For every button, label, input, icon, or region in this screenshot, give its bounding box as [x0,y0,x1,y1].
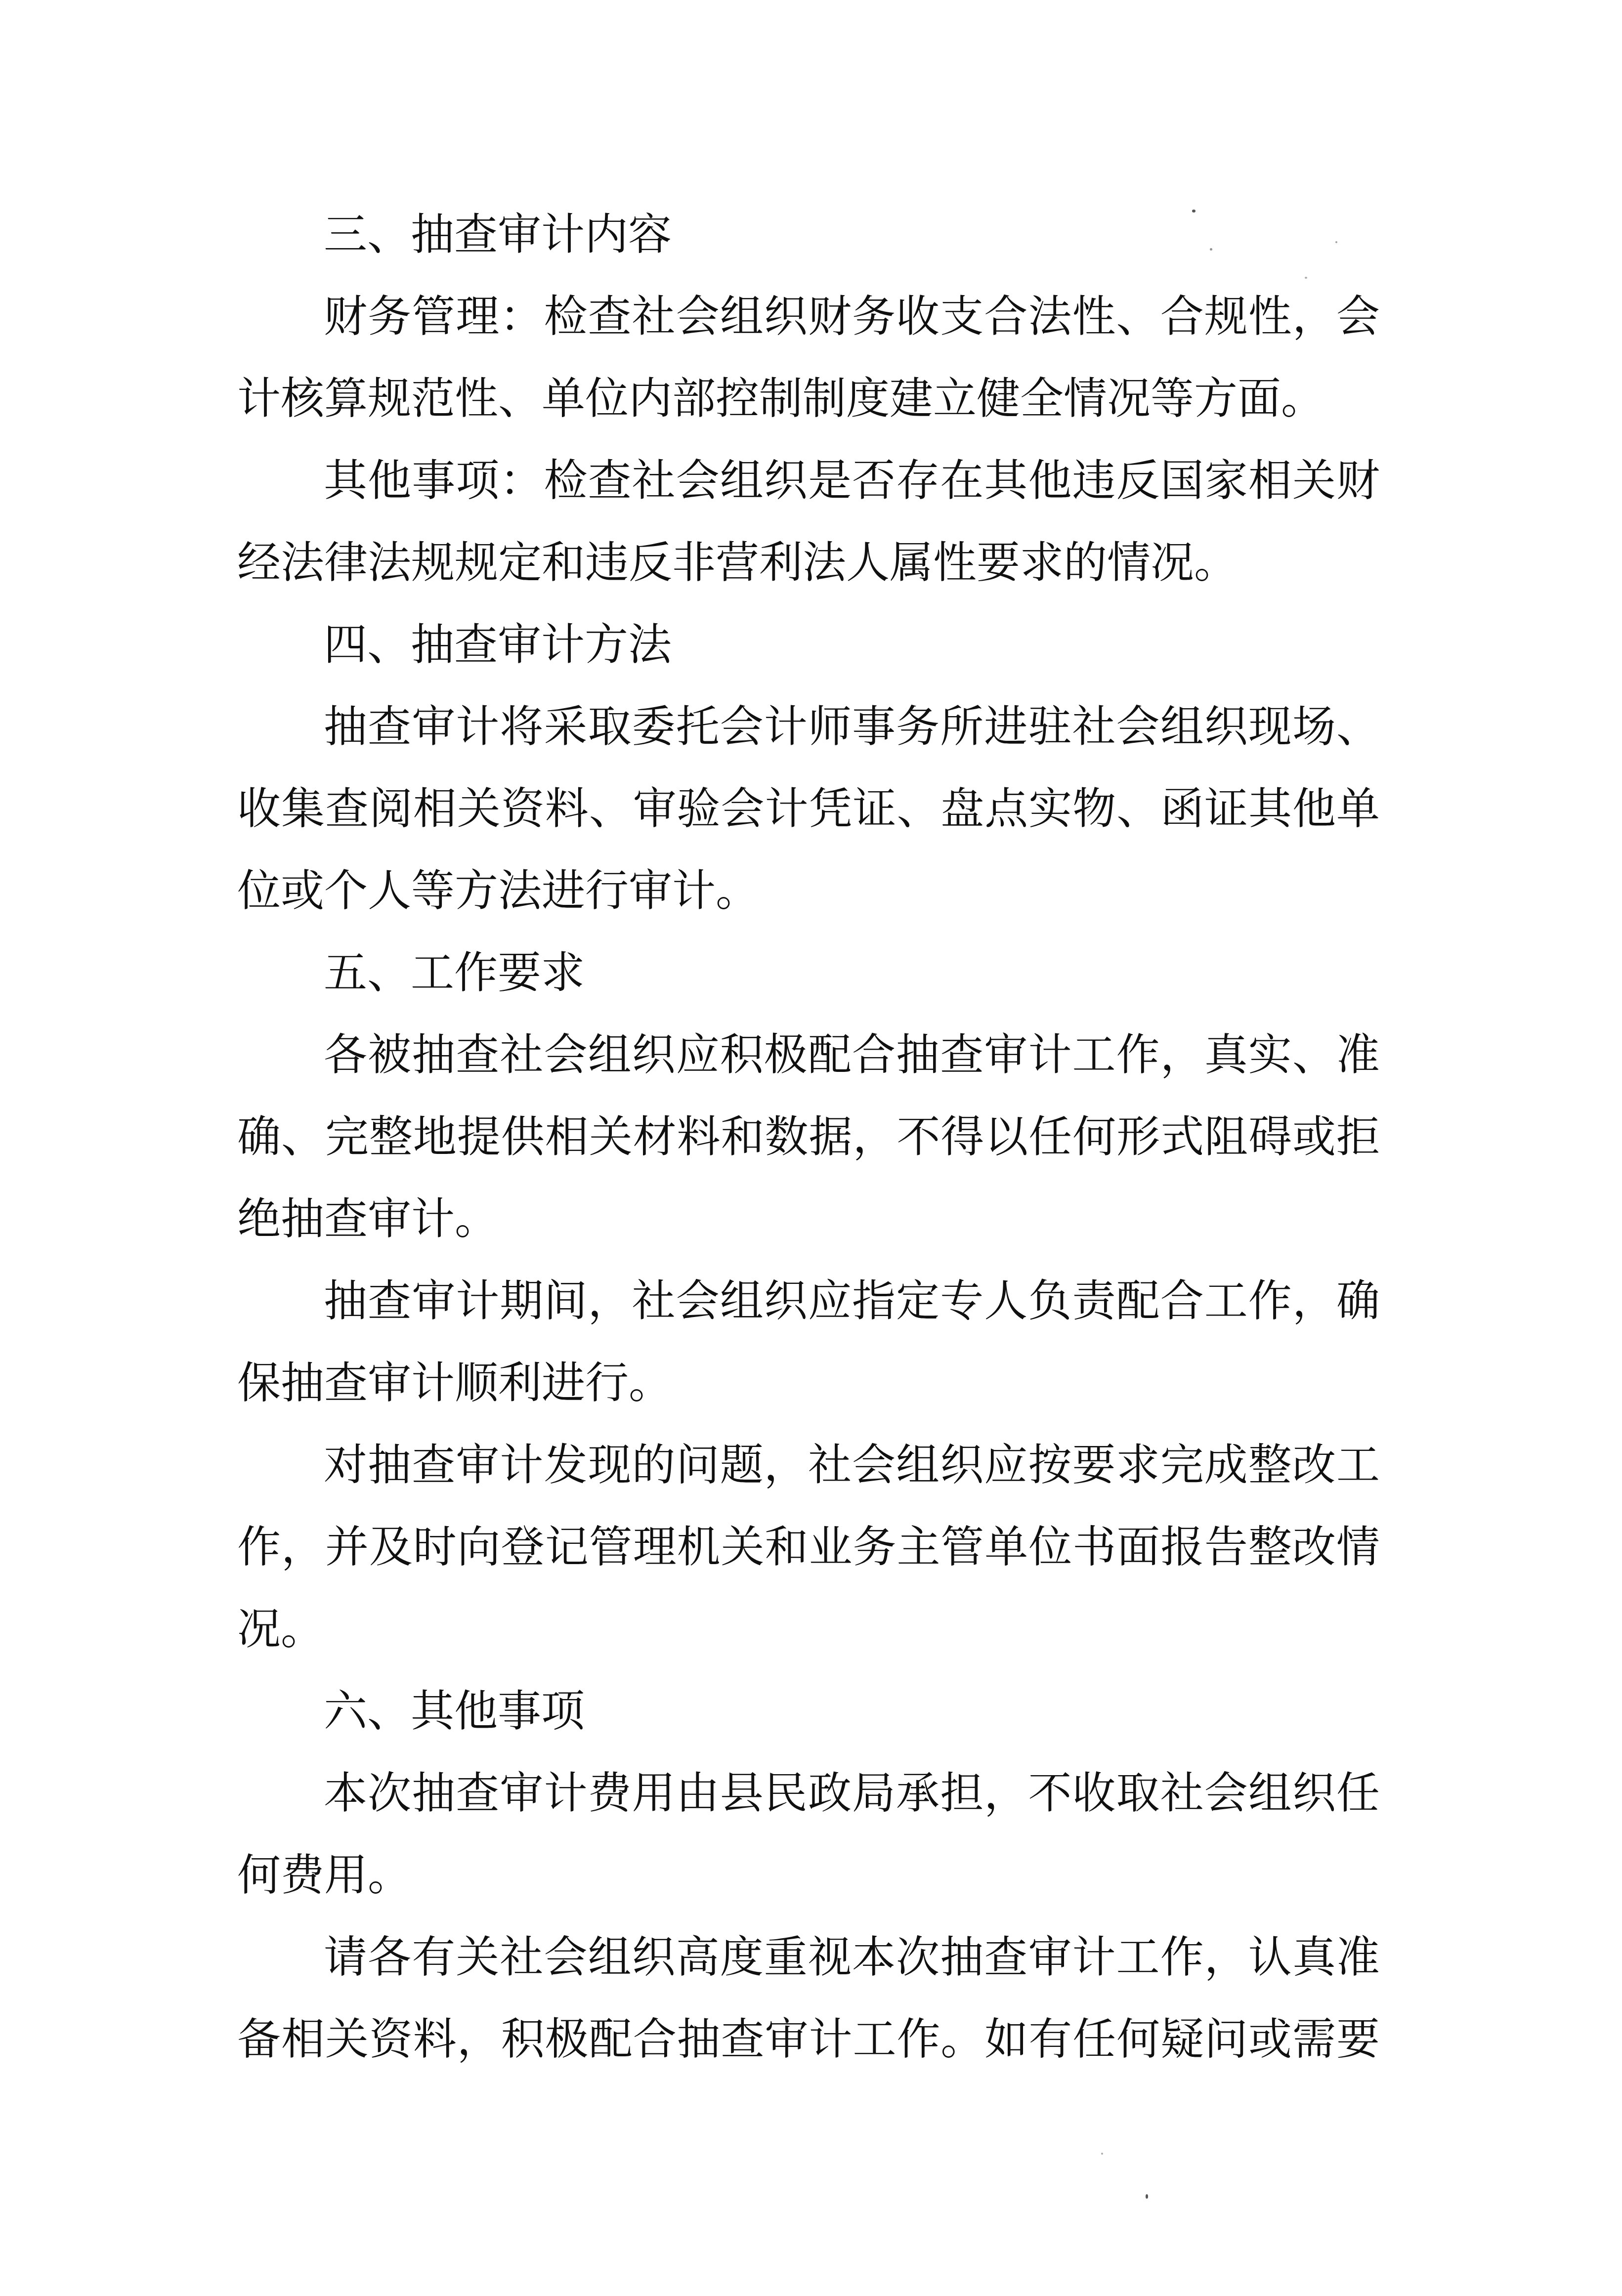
document-line: 五、工作要求 [237,933,1380,1015]
scan-speck [1146,2194,1148,2199]
document-line: 抽查审计将采取委托会计师事务所进驻社会组织现场、 [237,686,1380,768]
document-line: 抽查审计期间，社会组织应指定专人负责配合工作，确 [237,1261,1380,1343]
document-line: 其他事项：检查社会组织是否存在其他违反国家相关财 [237,440,1380,522]
document-line: 本次抽查审计费用由县民政局承担，不收取社会组织任 [237,1753,1380,1835]
document-line: 绝抽查审计。 [237,1179,1380,1261]
document-line: 保抽查审计顺利进行。 [237,1343,1380,1425]
document-line: 四、抽查审计方法 [237,604,1380,686]
document-line: 位或个人等方法进行审计。 [237,850,1380,933]
document-line: 何费用。 [237,1835,1380,1917]
document-line: 计核算规范性、单位内部控制制度建立健全情况等方面。 [237,358,1380,440]
document-line: 财务管理：检查社会组织财务收支合法性、合规性，会 [237,276,1380,358]
document-line: 各被抽查社会组织应积极配合抽查审计工作，真实、准 [237,1015,1380,1097]
document-line: 作，并及时向登记管理机关和业务主管单位书面报告整改情 [237,1507,1380,1589]
document-line: 六、其他事项 [237,1671,1380,1753]
scan-speck [1335,241,1337,243]
document-line: 确、完整地提供相关材料和数据，不得以任何形式阻碍或拒 [237,1097,1380,1179]
document-line: 经法律法规规定和违反非营利法人属性要求的情况。 [237,522,1380,604]
document-page: 三、抽查审计内容 财务管理：检查社会组织财务收支合法性、合规性，会 计核算规范性… [0,0,1622,2296]
scan-speck [1210,248,1212,251]
document-line: 备相关资料，积极配合抽查审计工作。如有任何疑问或需要 [237,1999,1380,2081]
document-line: 三、抽查审计内容 [237,194,1380,276]
document-line: 收集查阅相关资料、审验会计凭证、盘点实物、函证其他单 [237,768,1380,850]
document-line: 对抽查审计发现的问题，社会组织应按要求完成整改工 [237,1425,1380,1507]
scan-speck [1192,210,1195,213]
document-body: 三、抽查审计内容 财务管理：检查社会组织财务收支合法性、合规性，会 计核算规范性… [237,194,1380,2081]
scan-speck [1101,2153,1103,2155]
document-line: 况。 [237,1589,1380,1671]
document-line: 请各有关社会组织高度重视本次抽查审计工作，认真准 [237,1917,1380,1999]
scan-speck [1305,277,1307,279]
